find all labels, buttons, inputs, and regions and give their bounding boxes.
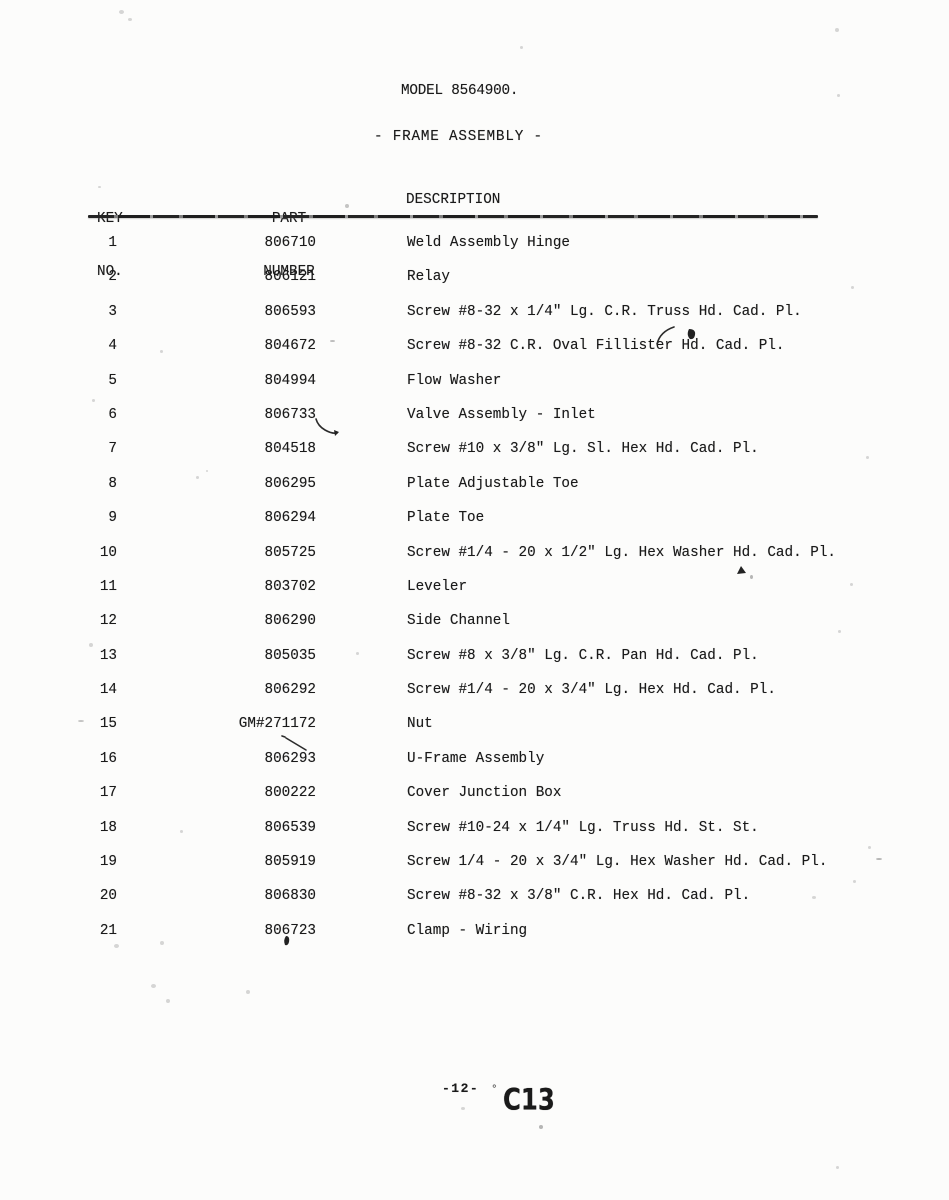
table-row: 21 806723 Clamp - Wiring xyxy=(0,924,949,958)
row-description: Weld Assembly Hinge xyxy=(407,236,570,251)
page-stamp: C13 xyxy=(503,1085,555,1115)
table-row: 8 806295 Plate Adjustable Toe xyxy=(0,477,949,511)
row-key-number: 2 xyxy=(0,270,117,285)
row-description: Screw #1/4 - 20 x 1/2" Lg. Hex Washer Hd… xyxy=(407,546,836,561)
row-key-number: 19 xyxy=(0,855,117,870)
table-row: 18 806539 Screw #10-24 x 1/4" Lg. Truss … xyxy=(0,821,949,855)
row-description: Screw #1/4 - 20 x 3/4" Lg. Hex Hd. Cad. … xyxy=(407,683,776,698)
row-key-number: 13 xyxy=(0,649,117,664)
row-part-number: 804672 xyxy=(126,339,316,354)
key-header-line1: KEY xyxy=(97,211,131,229)
section-title: - FRAME ASSEMBLY - xyxy=(374,130,543,145)
row-part-number: 806593 xyxy=(126,305,316,320)
row-description: Screw #8 x 3/8" Lg. C.R. Pan Hd. Cad. Pl… xyxy=(407,649,759,664)
scanned-parts-list-page: MODEL 8564900. - FRAME ASSEMBLY - KEY NO… xyxy=(0,0,949,1200)
row-description: Leveler xyxy=(407,580,467,595)
row-description: Screw #8-32 x 1/4" Lg. C.R. Truss Hd. Ca… xyxy=(407,305,802,320)
row-key-number: 10 xyxy=(0,546,117,561)
row-key-number: 15 xyxy=(0,717,117,732)
row-part-number: 806121 xyxy=(126,270,316,285)
row-part-number: 804518 xyxy=(126,442,316,457)
row-description: U-Frame Assembly xyxy=(407,752,544,767)
row-part-number: GM#271172 xyxy=(126,717,316,732)
table-row: 19 805919 Screw 1/4 - 20 x 3/4" Lg. Hex … xyxy=(0,855,949,889)
row-key-number: 8 xyxy=(0,477,117,492)
row-part-number: 806723 xyxy=(126,924,316,939)
table-row: 10 805725 Screw #1/4 - 20 x 1/2" Lg. Hex… xyxy=(0,546,949,580)
row-key-number: 14 xyxy=(0,683,117,698)
row-description: Flow Washer xyxy=(407,374,501,389)
row-part-number: 806293 xyxy=(126,752,316,767)
table-row: 17 800222 Cover Junction Box xyxy=(0,786,949,820)
row-part-number: 806733 xyxy=(126,408,316,423)
row-key-number: 11 xyxy=(0,580,117,595)
table-row: 9 806294 Plate Toe xyxy=(0,511,949,545)
row-description: Side Channel xyxy=(407,614,510,629)
stray-degree-mark: ° xyxy=(491,1083,498,1098)
row-part-number: 804994 xyxy=(126,374,316,389)
row-description: Relay xyxy=(407,270,450,285)
table-row: 2 806121 Relay xyxy=(0,270,949,304)
row-part-number: 803702 xyxy=(126,580,316,595)
row-part-number: 805035 xyxy=(126,649,316,664)
row-key-number: 9 xyxy=(0,511,117,526)
description-column-header: DESCRIPTION xyxy=(406,193,500,208)
table-row: 15 GM#271172 Nut xyxy=(0,717,949,751)
row-part-number: 806292 xyxy=(126,683,316,698)
row-description: Screw #10 x 3/8" Lg. Sl. Hex Hd. Cad. Pl… xyxy=(407,442,759,457)
row-description: Plate Adjustable Toe xyxy=(407,477,579,492)
parts-table-body: 1 806710 Weld Assembly Hinge 2 806121 Re… xyxy=(0,236,949,958)
row-key-number: 6 xyxy=(0,408,117,423)
row-key-number: 5 xyxy=(0,374,117,389)
row-description: Screw #8-32 x 3/8" C.R. Hex Hd. Cad. Pl. xyxy=(407,889,750,904)
table-row: 1 806710 Weld Assembly Hinge xyxy=(0,236,949,270)
table-row: 14 806292 Screw #1/4 - 20 x 3/4" Lg. Hex… xyxy=(0,683,949,717)
page-number: -12- xyxy=(442,1081,479,1096)
row-description: Nut xyxy=(407,717,433,732)
row-description: Cover Junction Box xyxy=(407,786,561,801)
row-key-number: 3 xyxy=(0,305,117,320)
table-row: 16 806293 U-Frame Assembly xyxy=(0,752,949,786)
row-part-number: 805919 xyxy=(126,855,316,870)
row-part-number: 806295 xyxy=(126,477,316,492)
row-part-number: 806710 xyxy=(126,236,316,251)
row-part-number: 806294 xyxy=(126,511,316,526)
table-row: 20 806830 Screw #8-32 x 3/8" C.R. Hex Hd… xyxy=(0,889,949,923)
row-part-number: 806290 xyxy=(126,614,316,629)
table-row: 7 804518 Screw #10 x 3/8" Lg. Sl. Hex Hd… xyxy=(0,442,949,476)
row-description: Clamp - Wiring xyxy=(407,924,527,939)
row-description: Plate Toe xyxy=(407,511,484,526)
row-key-number: 20 xyxy=(0,889,117,904)
row-key-number: 18 xyxy=(0,821,117,836)
row-key-number: 7 xyxy=(0,442,117,457)
model-title: MODEL 8564900. xyxy=(401,84,518,99)
header-rule-line xyxy=(88,215,818,218)
row-description: Valve Assembly - Inlet xyxy=(407,408,596,423)
row-key-number: 1 xyxy=(0,236,117,251)
table-row: 4 804672 Screw #8-32 C.R. Oval Fillister… xyxy=(0,339,949,373)
table-row: 6 806733 Valve Assembly - Inlet xyxy=(0,408,949,442)
table-row: 5 804994 Flow Washer xyxy=(0,374,949,408)
table-row: 13 805035 Screw #8 x 3/8" Lg. C.R. Pan H… xyxy=(0,649,949,683)
row-key-number: 16 xyxy=(0,752,117,767)
row-description: Screw #8-32 C.R. Oval Fillister Hd. Cad.… xyxy=(407,339,785,354)
table-row: 3 806593 Screw #8-32 x 1/4" Lg. C.R. Tru… xyxy=(0,305,949,339)
part-header-line1: PART xyxy=(258,211,320,229)
table-row: 11 803702 Leveler xyxy=(0,580,949,614)
row-description: Screw #10-24 x 1/4" Lg. Truss Hd. St. St… xyxy=(407,821,759,836)
row-part-number: 805725 xyxy=(126,546,316,561)
row-description: Screw 1/4 - 20 x 3/4" Lg. Hex Washer Hd.… xyxy=(407,855,827,870)
row-key-number: 21 xyxy=(0,924,117,939)
row-key-number: 17 xyxy=(0,786,117,801)
row-part-number: 806539 xyxy=(126,821,316,836)
row-part-number: 806830 xyxy=(126,889,316,904)
row-key-number: 4 xyxy=(0,339,117,354)
row-part-number: 800222 xyxy=(126,786,316,801)
table-row: 12 806290 Side Channel xyxy=(0,614,949,648)
row-key-number: 12 xyxy=(0,614,117,629)
